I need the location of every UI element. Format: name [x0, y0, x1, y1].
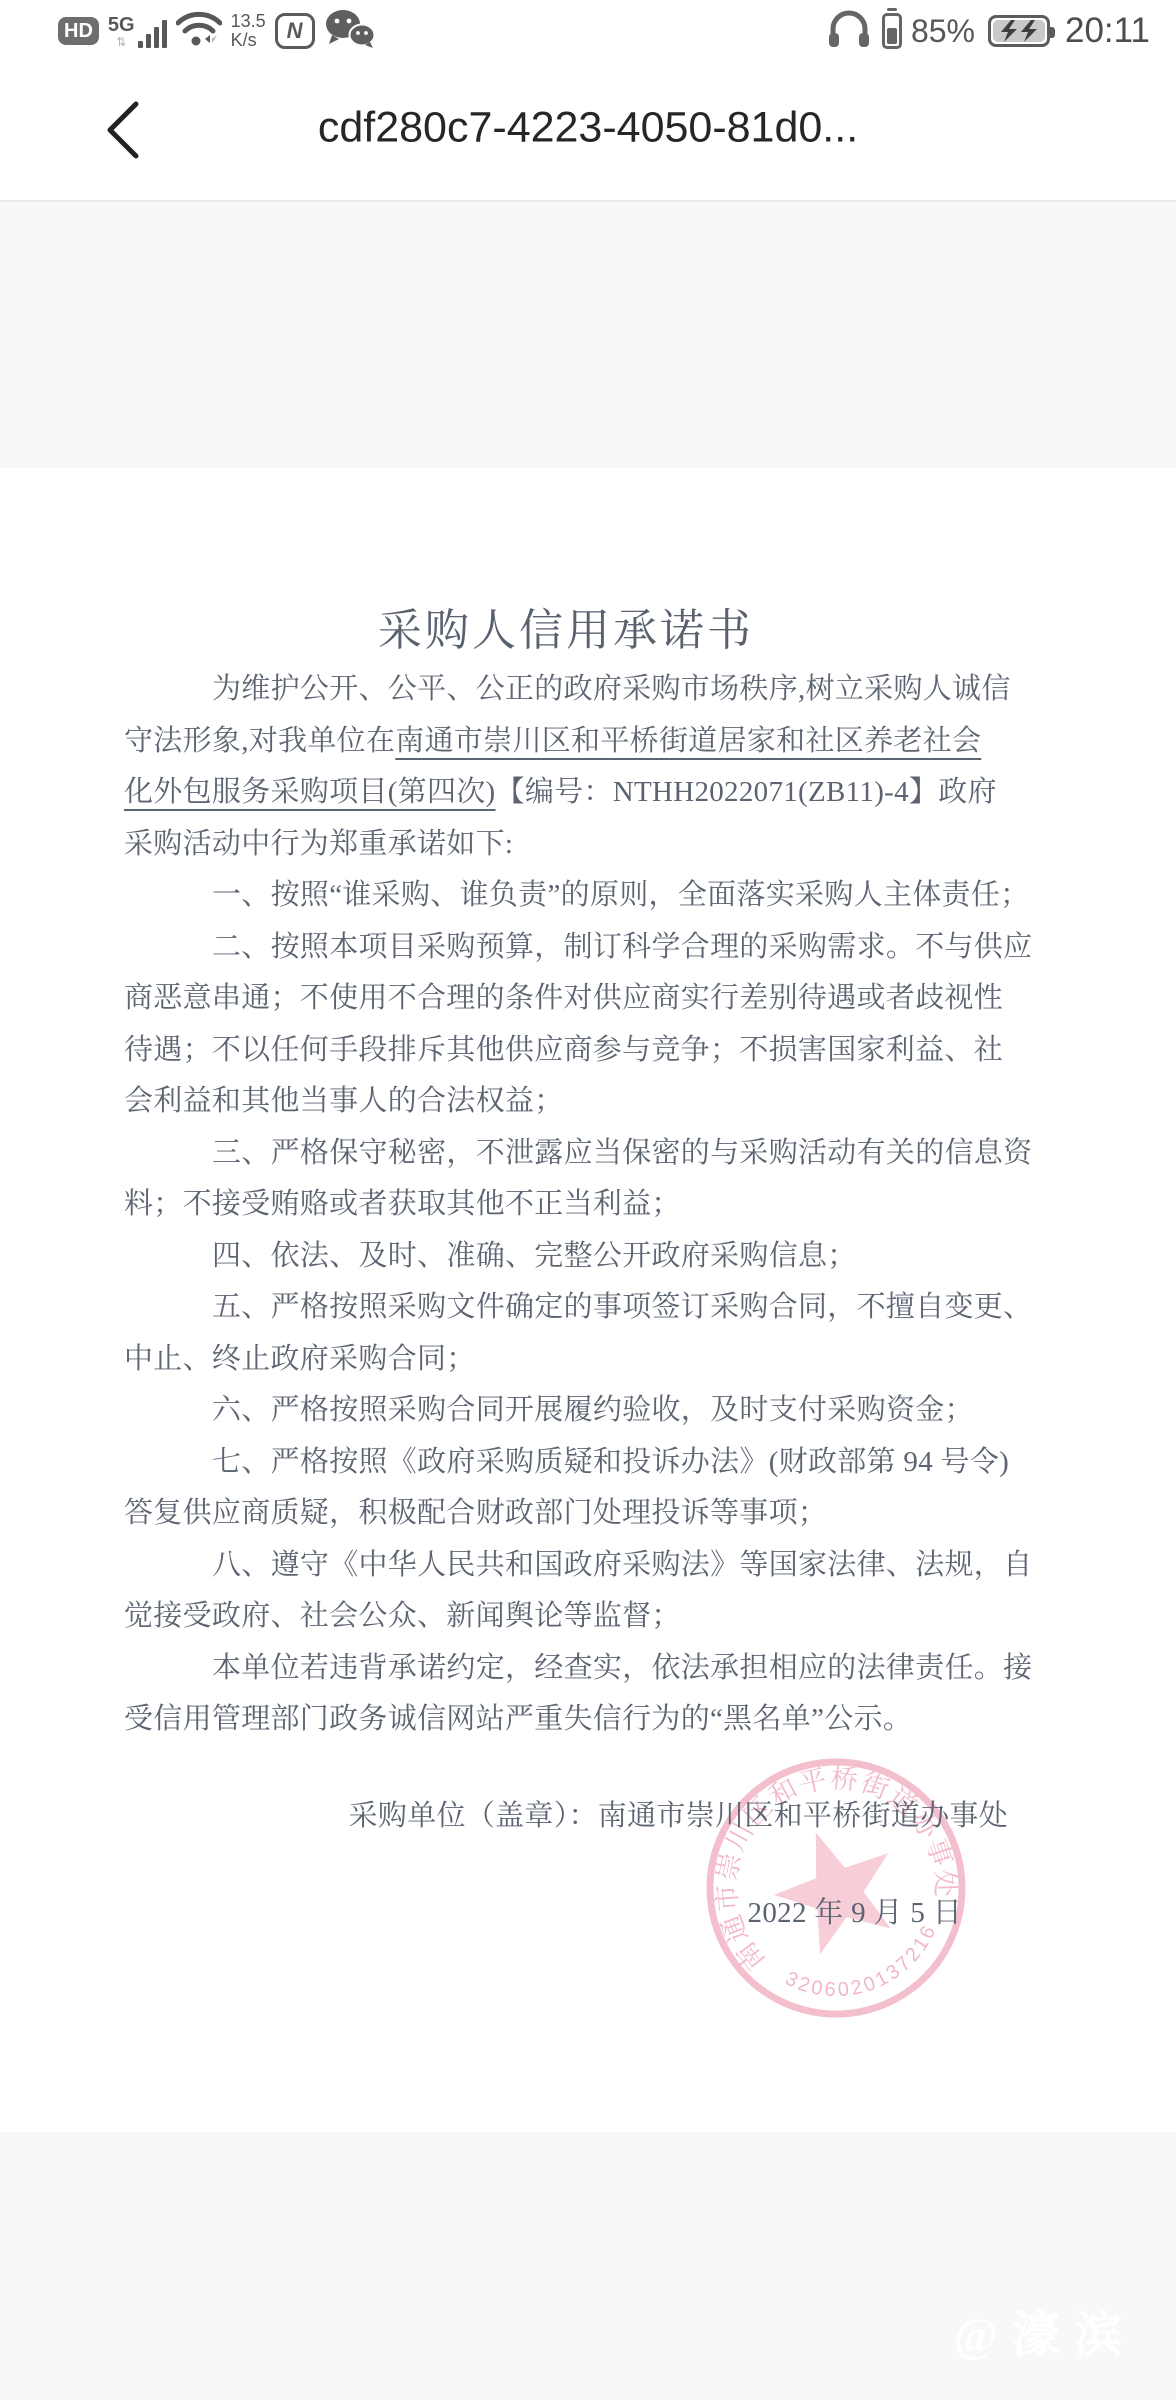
document-line: 三、严格保守秘密，不泄露应当保密的与采购活动有关的信息资 [124, 1128, 1008, 1180]
document-line: 七、严格按照《政府采购质疑和投诉办法》(财政部第 94 号令) [124, 1437, 1008, 1489]
wechat-icon [324, 9, 376, 54]
watermark-text: @濠滨 [953, 2296, 1136, 2365]
back-button[interactable] [96, 98, 152, 162]
updown-arrows-icon: ⇅ [116, 36, 126, 48]
headphones-icon [827, 9, 871, 54]
status-bar: HD 5G ⇅ 13.5 K/s [0, 0, 1176, 56]
wifi-icon [176, 10, 222, 53]
document-line: 料；不接受贿赂或者获取其他不正当利益； [124, 1179, 1008, 1231]
headset-battery-icon [882, 13, 902, 49]
document-line: 采购活动中行为郑重承诺如下: [124, 819, 1008, 871]
document-body: 为维护公开、公平、公正的政府采购市场秩序,树立采购人诚信守法形象,对我单位在南通… [124, 664, 1008, 1746]
date-line: 2022 年 9 月 5 日 [124, 1888, 962, 1940]
battery-percent: 85% [911, 13, 975, 50]
document-line: 商恶意串通；不使用不合理的条件对供应商实行差别待遇或者歧视性 [124, 973, 1008, 1025]
document-line: 一、按照“谁采购、谁负责”的原则，全面落实采购人主体责任； [124, 870, 1008, 922]
clock-time: 20:11 [1065, 11, 1150, 51]
document-line: 六、严格按照采购合同开展履约验收，及时支付采购资金； [124, 1385, 1008, 1437]
document-line: 四、依法、及时、准确、完整公开政府采购信息； [124, 1231, 1008, 1283]
status-bar-right: 85% 20:11 [827, 9, 1150, 54]
document-line: 会利益和其他当事人的合法权益； [124, 1076, 1008, 1128]
cellular-signal-icon: 5G ⇅ [108, 15, 167, 48]
document-line: 为维护公开、公平、公正的政府采购市场秩序,树立采购人诚信 [124, 664, 1008, 716]
document-line: 答复供应商质疑，积极配合财政部门处理投诉等事项； [124, 1488, 1008, 1540]
document-line: 八、遵守《中华人民共和国政府采购法》等国家法律、法规，自 [124, 1540, 1008, 1592]
document-line: 觉接受政府、社会公众、新闻舆论等监督； [124, 1591, 1008, 1643]
signature-line: 采购单位（盖章）：南通市崇川区和平桥街道办事处 [124, 1791, 1008, 1843]
document-line: 五、严格按照采购文件确定的事项签订采购合同，不擅自变更、 [124, 1282, 1008, 1334]
nav-bar: cdf280c7-4223-4050-81d0... [0, 56, 1176, 202]
document-line: 受信用管理部门政务诚信网站严重失信行为的“黑名单”公示。 [124, 1694, 1008, 1746]
document-line: 守法形象,对我单位在南通市崇川区和平桥街道居家和社区养老社会 [124, 716, 1008, 768]
phone-screen: HD 5G ⇅ 13.5 K/s [0, 0, 1176, 2400]
document-line: 化外包服务采购项目(第四次)【编号：NTHH2022071(ZB11)-4】政府 [124, 767, 1008, 819]
nfc-icon: N [275, 13, 315, 49]
hd-volte-icon: HD [58, 17, 99, 45]
document-line: 中止、终止政府采购合同； [124, 1334, 1008, 1386]
network-speed: 13.5 K/s [231, 12, 266, 50]
document-page[interactable]: 南通市崇川区和平桥街道办事处 3206020137216 采购人信用承诺书 为维… [0, 468, 1176, 2132]
signal-bars-icon [138, 20, 167, 48]
page-title: cdf280c7-4223-4050-81d0... [318, 104, 858, 153]
document-content: 采购人信用承诺书 为维护公开、公平、公正的政府采购市场秩序,树立采购人诚信守法形… [0, 468, 1176, 1940]
network-type-label: 5G [108, 15, 135, 35]
charging-battery-icon [988, 15, 1050, 47]
status-bar-left: HD 5G ⇅ 13.5 K/s [58, 9, 376, 54]
document-line: 待遇；不以任何手段排斥其他供应商参与竞争；不损害国家利益、社 [124, 1025, 1008, 1077]
document-title: 采购人信用承诺书 [124, 598, 1008, 664]
document-line: 二、按照本项目采购预算，制订科学合理的采购需求。不与供应 [124, 922, 1008, 974]
document-line: 本单位若违背承诺约定，经查实，依法承担相应的法律责任。接 [124, 1643, 1008, 1695]
